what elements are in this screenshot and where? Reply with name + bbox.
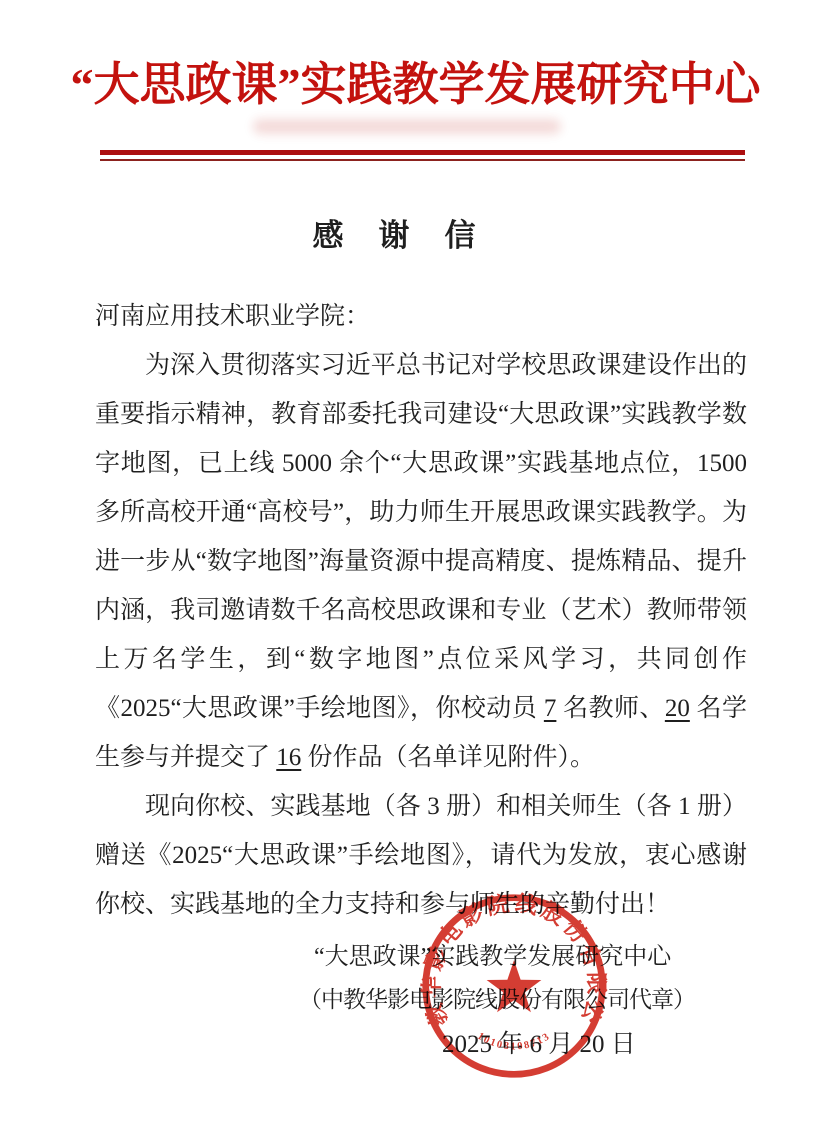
seal-star-icon	[487, 960, 542, 1012]
paragraph-1: 为深入贯彻落实习近平总书记对学校思政课建设作出的重要指示精神，教育部委托我司建设…	[95, 341, 747, 782]
letterhead-rule-thin	[100, 159, 745, 161]
letter-body: 河南应用技术职业学院： 为深入贯彻落实习近平总书记对学校思政课建设作出的重要指示…	[95, 292, 747, 929]
seal-serial-number: 10108108713	[475, 1031, 553, 1053]
letter-page: “大思政课”实践教学发展研究中心 感 谢 信 河南应用技术职业学院： 为深入贯彻…	[0, 0, 831, 1130]
ink-bleed-smudge	[253, 119, 561, 134]
letter-title: 感 谢 信	[0, 210, 790, 255]
letterhead-org-title: “大思政课”实践教学发展研究中心	[0, 48, 831, 114]
seal-graphic: 中教华影电影院线股份有限公司 10108108713	[418, 890, 610, 1082]
seal-company-text: 中教华影电影院线股份有限公司	[418, 890, 609, 1030]
letterhead-rule-thick	[100, 150, 745, 155]
salutation: 河南应用技术职业学院：	[95, 292, 747, 341]
company-seal-stamp: 中教华影电影院线股份有限公司 10108108713	[418, 890, 610, 1082]
